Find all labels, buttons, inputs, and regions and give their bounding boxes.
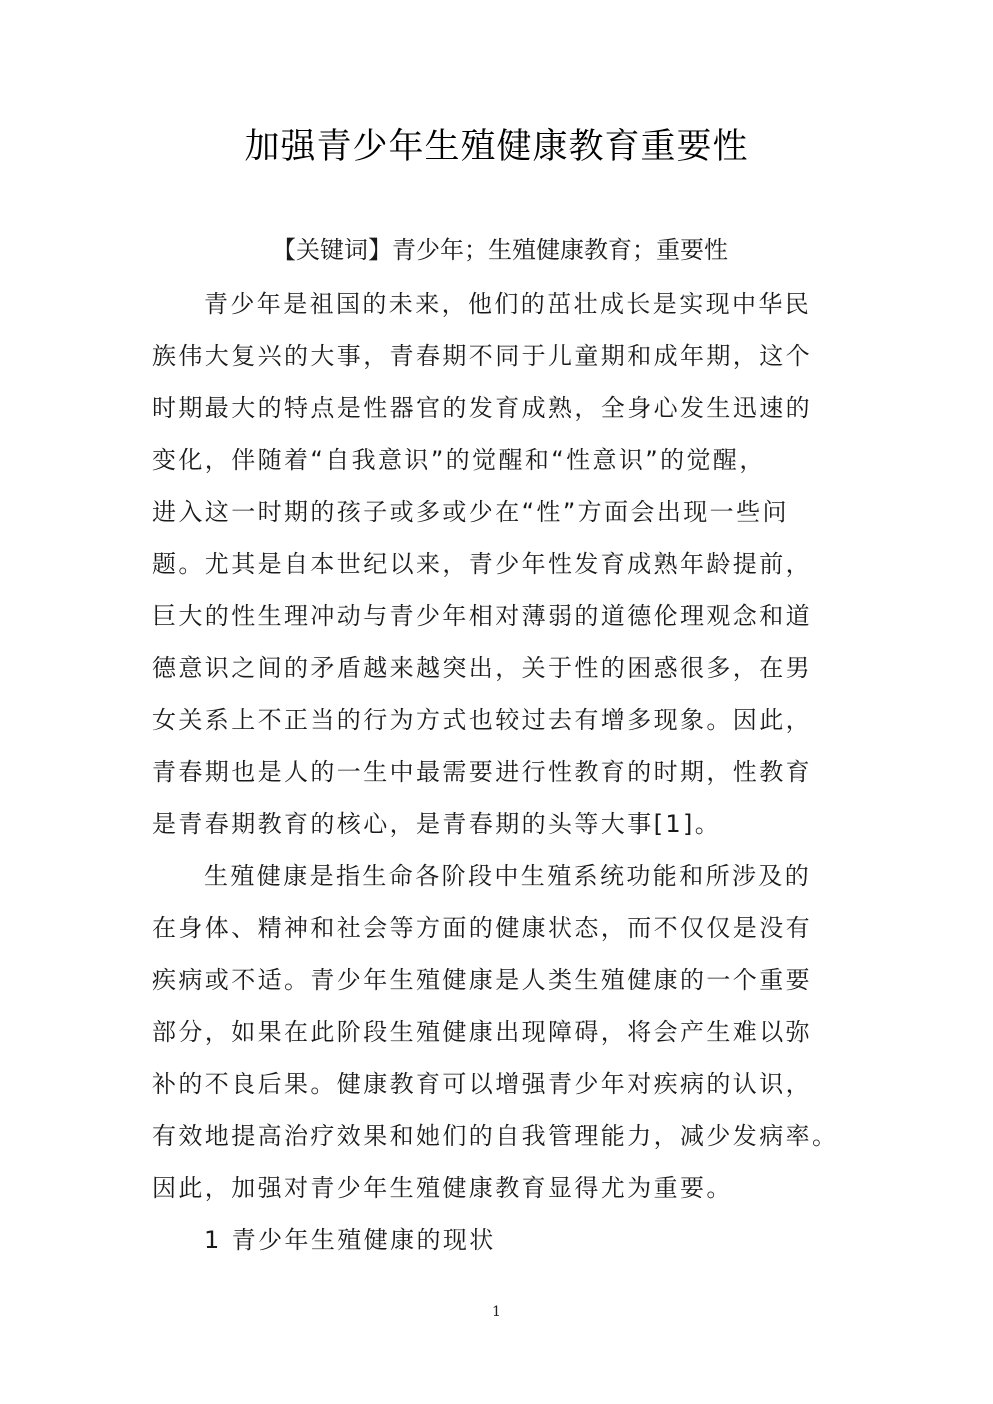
paragraph-1-line-5: 进入这一时期的孩子或多或少在“性”方面会出现一些问 [152, 490, 789, 534]
document-title: 加强青少年生殖健康教育重要性 [0, 122, 993, 172]
paragraph-1-line-1: 青少年是祖国的未来，他们的茁壮成长是实现中华民 [204, 282, 811, 326]
paragraph-2-line-7: 因此，加强对青少年生殖健康教育显得尤为重要。 [152, 1166, 733, 1210]
paragraph-2-line-5: 补的不良后果。健康教育可以增强青少年对疾病的认识， [152, 1062, 812, 1106]
paragraph-2-line-6: 有效地提高治疗效果和她们的自我管理能力，减少发病率。 [152, 1114, 838, 1158]
keywords-line: 【关键词】青少年；生殖健康教育；重要性 [150, 228, 850, 272]
paragraph-1-line-7: 巨大的性生理冲动与青少年相对薄弱的道德伦理观念和道 [152, 594, 812, 638]
page-number: 1 [0, 1302, 993, 1322]
paragraph-2-line-3: 疾病或不适。青少年生殖健康是人类生殖健康的一个重要 [152, 958, 812, 1002]
section-heading: 1 青少年生殖健康的现状 [204, 1218, 496, 1262]
paragraph-1-line-9: 女关系上不正当的行为方式也较过去有增多现象。因此， [152, 698, 812, 742]
paragraph-1-line-10: 青春期也是人的一生中最需要进行性教育的时期，性教育 [152, 750, 812, 794]
paragraph-1-line-2: 族伟大复兴的大事，青春期不同于儿童期和成年期，这个 [152, 334, 812, 378]
paragraph-1-line-8: 德意识之间的矛盾越来越突出，关于性的困惑很多，在男 [152, 646, 812, 690]
paragraph-2-line-1: 生殖健康是指生命各阶段中生殖系统功能和所涉及的 [204, 854, 811, 898]
paragraph-1-line-4: 变化，伴随着“自我意识”的觉醒和“性意识”的觉醒， [152, 438, 766, 482]
paragraph-1-line-3: 时期最大的特点是性器官的发育成熟，全身心发生迅速的 [152, 386, 812, 430]
paragraph-2-line-4: 部分，如果在此阶段生殖健康出现障碍，将会产生难以弥 [152, 1010, 812, 1054]
document-page: 加强青少年生殖健康教育重要性 【关键词】青少年；生殖健康教育；重要性 青少年是祖… [0, 0, 993, 1404]
paragraph-1-line-11: 是青春期教育的核心，是青春期的头等大事[1]。 [152, 802, 721, 846]
paragraph-1-line-6: 题。尤其是自本世纪以来，青少年性发育成熟年龄提前， [152, 542, 812, 586]
paragraph-2-line-2: 在身体、精神和社会等方面的健康状态，而不仅仅是没有 [152, 906, 812, 950]
